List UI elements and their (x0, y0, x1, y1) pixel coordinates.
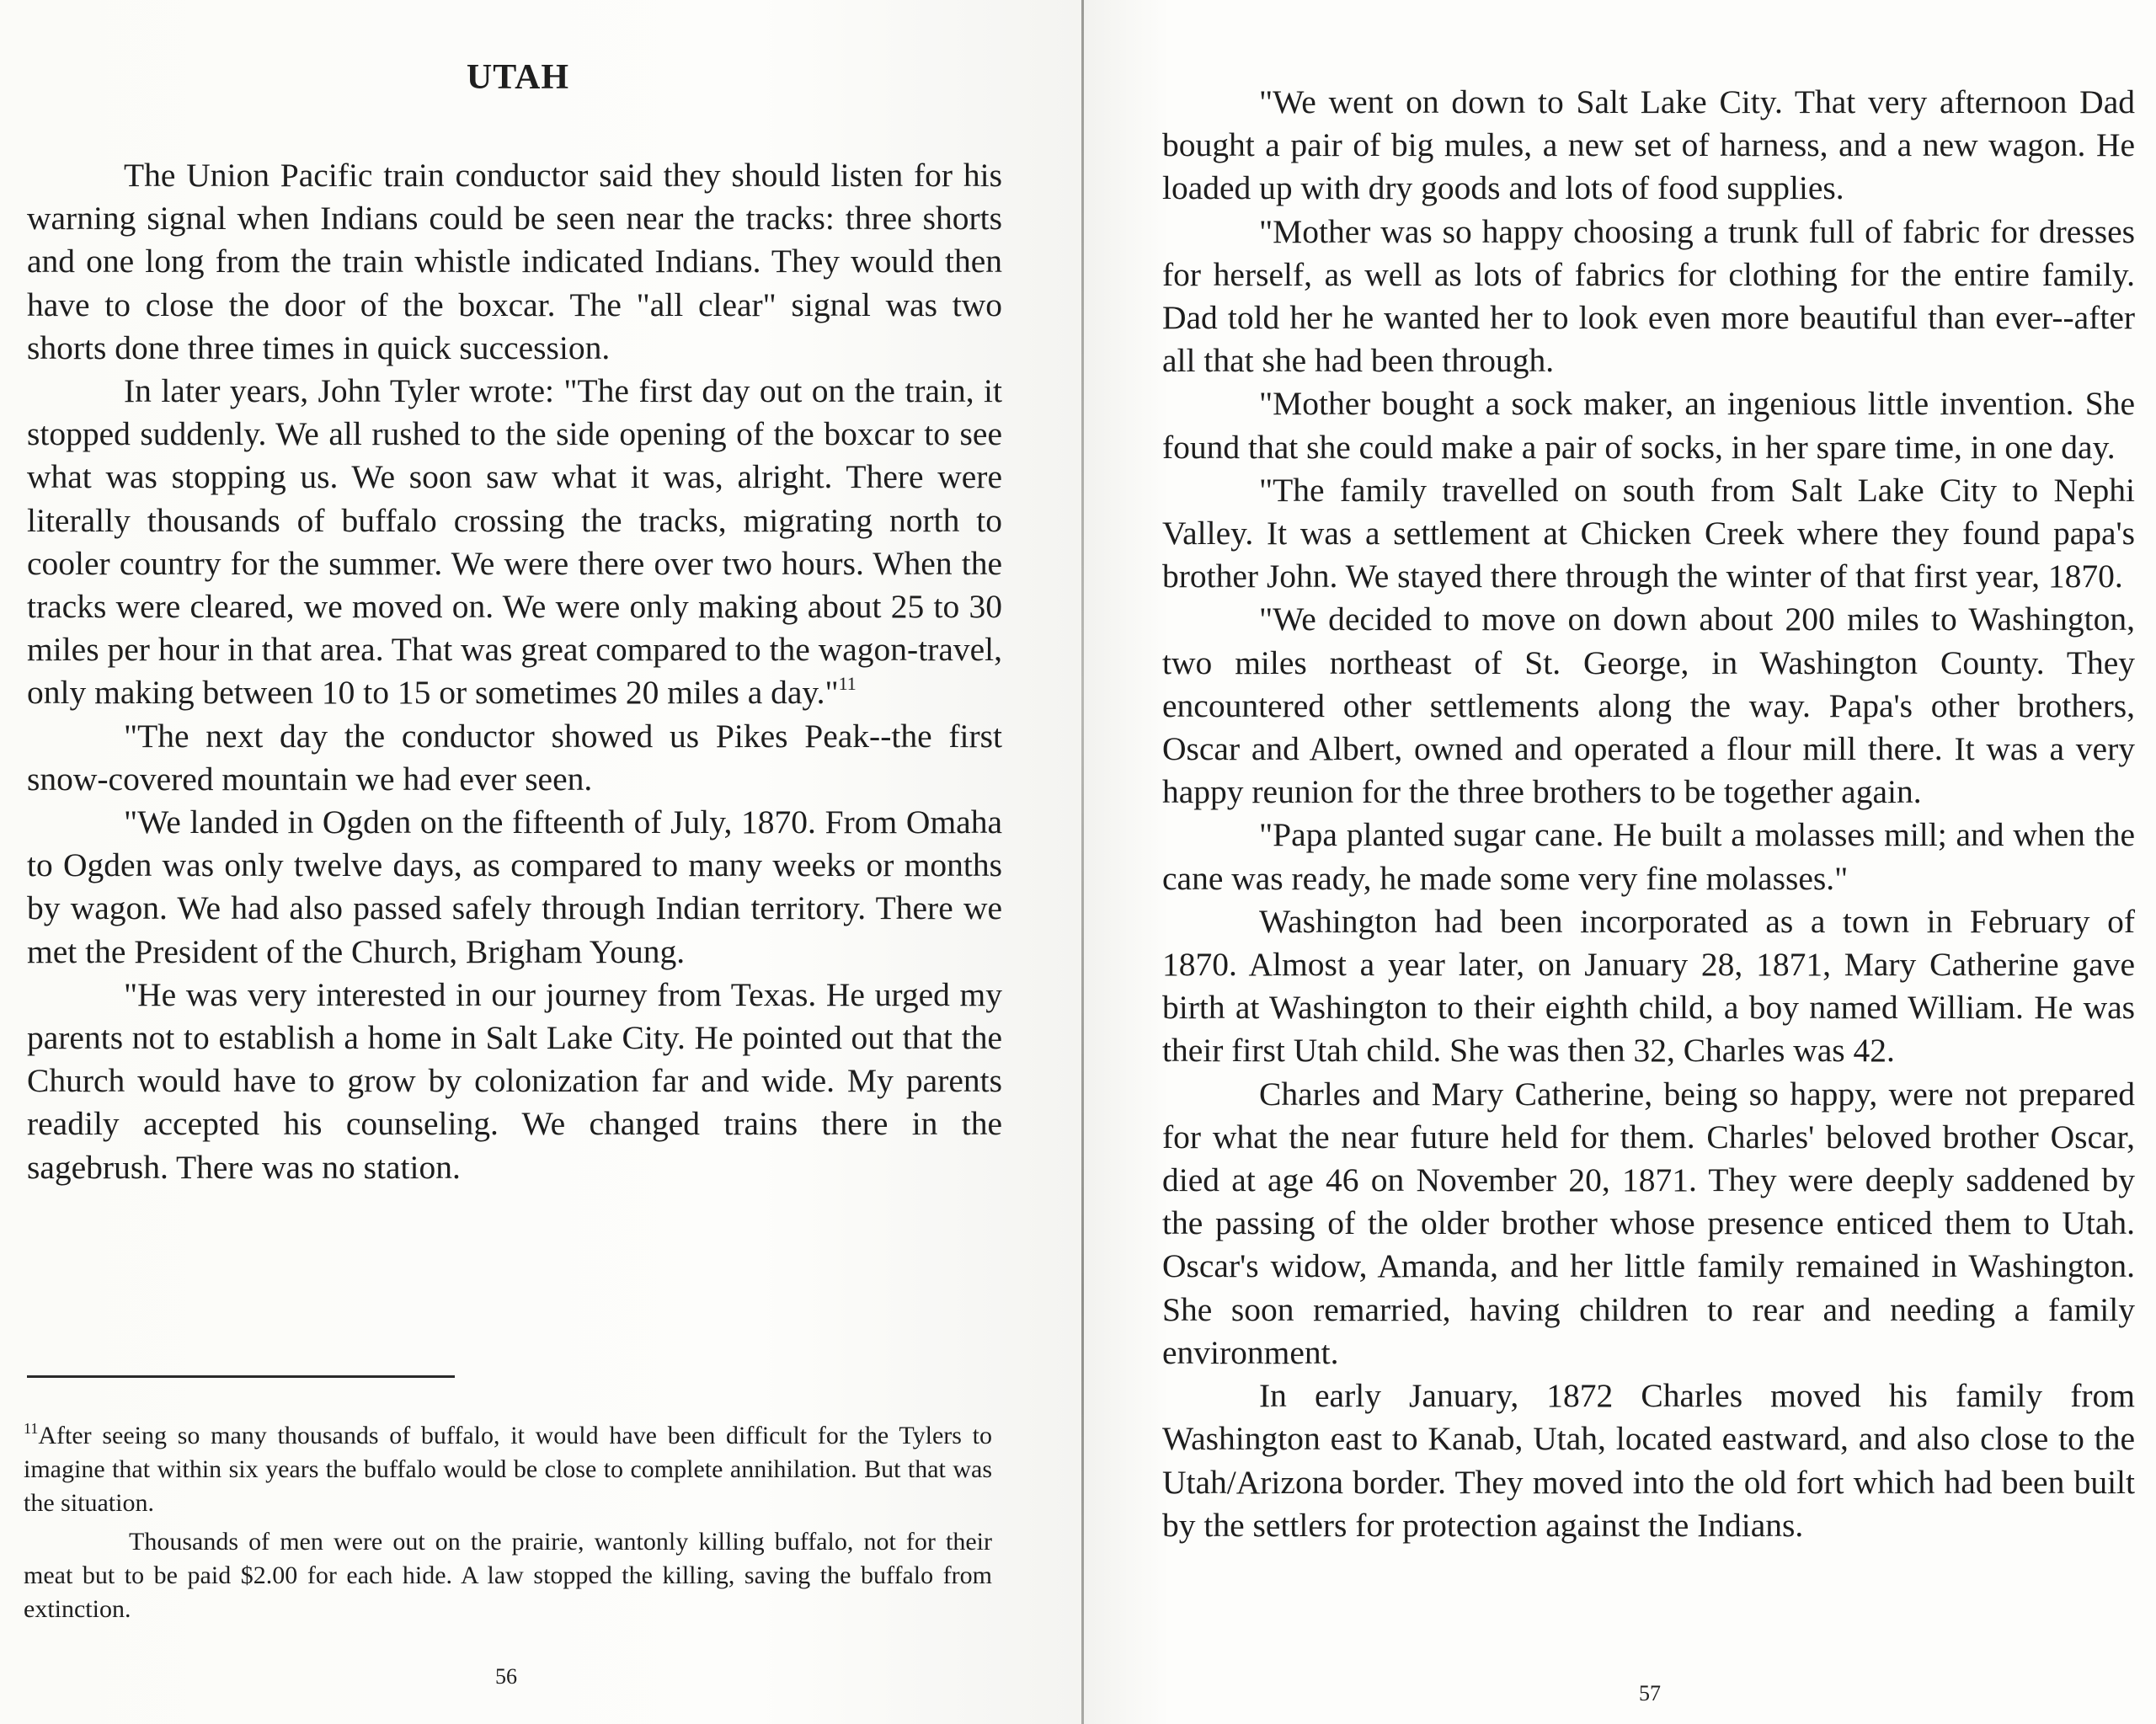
left-page: UTAH The Union Pacific train conductor s… (0, 0, 1082, 1724)
chapter-title: UTAH (0, 57, 1036, 98)
paragraph: In early January, 1872 Charles moved his… (1162, 1374, 2135, 1547)
paragraph-text: In later years, John Tyler wrote: "The f… (27, 372, 1002, 711)
paragraph: "The family travelled on south from Salt… (1162, 469, 2135, 599)
footnotes: 11After seeing so many thousands of buff… (24, 1419, 992, 1626)
paragraph: "We landed in Ogden on the fifteenth of … (27, 801, 1002, 974)
book-spread: UTAH The Union Pacific train conductor s… (0, 0, 2156, 1724)
footnote-marker: 11 (24, 1420, 38, 1437)
paragraph: "We went on down to Salt Lake City. That… (1162, 81, 2135, 211)
paragraph: The Union Pacific train conductor said t… (27, 154, 1002, 370)
page-number: 56 (495, 1664, 517, 1689)
paragraph: "Mother was so happy choosing a trunk fu… (1162, 211, 2135, 383)
paragraph: "We decided to move on down about 200 mi… (1162, 598, 2135, 814)
right-page-body: "We went on down to Salt Lake City. That… (1162, 81, 2135, 1547)
paragraph: In later years, John Tyler wrote: "The f… (27, 370, 1002, 715)
footnote-text: After seeing so many thousands of buffal… (24, 1422, 992, 1517)
footnote-reference: 11 (839, 673, 857, 694)
left-page-body: The Union Pacific train conductor said t… (27, 154, 1002, 1189)
paragraph: Washington had been incorporated as a to… (1162, 900, 2135, 1073)
footnote: 11After seeing so many thousands of buff… (24, 1419, 992, 1520)
paragraph: "Mother bought a sock maker, an ingeniou… (1162, 382, 2135, 468)
paragraph: Charles and Mary Catherine, being so hap… (1162, 1073, 2135, 1374)
footnote-divider (27, 1375, 455, 1378)
footnote-continuation: Thousands of men were out on the prairie… (24, 1525, 992, 1626)
paragraph: "Papa planted sugar cane. He built a mol… (1162, 814, 2135, 899)
paragraph: "He was very interested in our journey f… (27, 974, 1002, 1189)
page-number: 57 (1639, 1681, 1661, 1706)
paragraph: "The next day the conductor showed us Pi… (27, 715, 1002, 801)
